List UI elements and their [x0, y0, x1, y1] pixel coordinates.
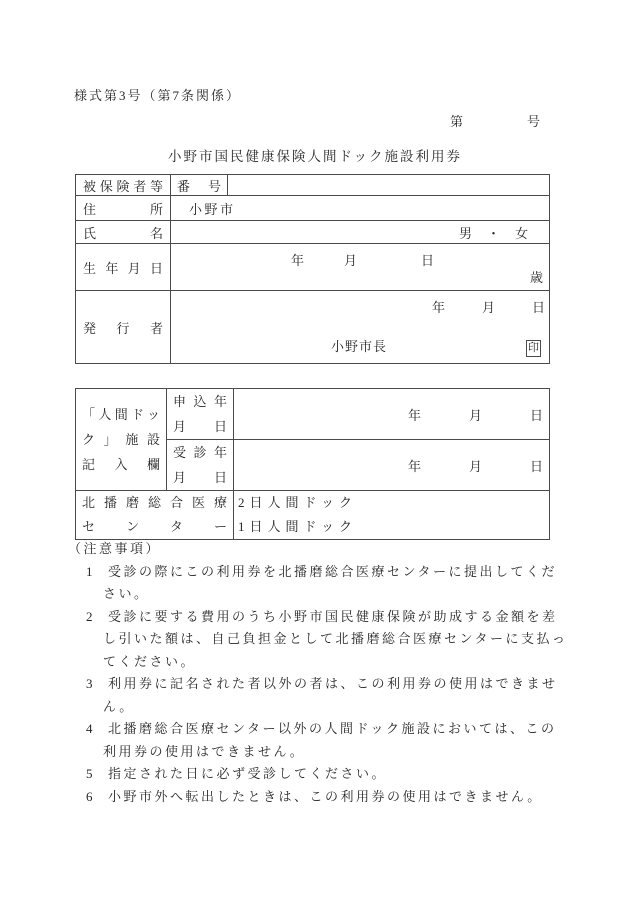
dock-table: 「人間ドッ ク」施設 記入欄 申込年 月日 年 月 日 受診年 月日 — [75, 388, 550, 540]
birthdate-label: 生年月日 — [76, 244, 171, 291]
page-title: 小野市国民健康保険人間ドック施設利用券 — [0, 145, 630, 165]
note-item-4: 4 北播磨総合医療センター以外の人間ドック施設においては、この 利用券の使用はで… — [68, 718, 568, 763]
exam-year-unit: 年 — [408, 456, 421, 475]
note-number: 5 — [86, 763, 93, 786]
note-line: てください。 — [103, 651, 568, 674]
issuer-label: 発行者 — [76, 291, 171, 364]
note-number: 3 — [86, 673, 93, 696]
issue-month-unit: 月 — [482, 297, 495, 316]
table-row: 発行者 年 月 日 小野市長 印 — [76, 291, 550, 364]
birth-month-unit: 月 — [344, 250, 357, 269]
insured-table: 被保険者等 番号 住所 小野市 氏名 男 ・ 女 生年月日 年 月 日 歳 発行… — [75, 174, 550, 364]
address-value: 小野市 — [171, 196, 550, 221]
note-line: ん。 — [103, 696, 568, 719]
facility-entry-label: 「人間ドッ ク」施設 記入欄 — [76, 389, 167, 491]
apply-date-units: 年 月 日 — [234, 405, 549, 424]
doc-number-prefix: 第 — [450, 111, 463, 130]
note-number: 4 — [86, 718, 93, 741]
note-line: 利用券の使用はできません。 — [103, 741, 568, 764]
seal-mark: 印 — [526, 340, 541, 357]
address-label: 住所 — [76, 196, 171, 221]
name-label: 氏名 — [76, 221, 171, 244]
birth-year-unit: 年 — [291, 250, 304, 269]
note-line: 受診に要する費用のうち小野市国民健康保険が助成する金額を差 — [108, 606, 568, 629]
table-row: 被保険者等 番号 — [76, 175, 550, 196]
issue-year-unit: 年 — [432, 297, 445, 316]
note-line: し引いた額は、自己負担金として北播磨総合医療センターに支払っ — [103, 628, 568, 651]
apply-month-unit: 月 — [469, 405, 482, 424]
document-page: 様式第3号（第7条関係） 第 号 小野市国民健康保険人間ドック施設利用券 被保険… — [0, 0, 630, 903]
exam-date-value-cell: 年 月 日 — [234, 440, 550, 491]
birthdate-value-cell: 年 月 日 歳 — [171, 244, 550, 291]
insured-number-label: 番号 — [171, 175, 228, 196]
insured-person-label: 被保険者等 — [76, 175, 171, 196]
note-item-2: 2 受診に要する費用のうち小野市国民健康保険が助成する金額を差 し引いた額は、自… — [68, 606, 568, 674]
exam-date-units: 年 月 日 — [234, 456, 549, 475]
note-line: 受診の際にこの利用券を北播磨総合医療センターに提出してくだ — [108, 561, 568, 584]
table-row: 生年月日 年 月 日 歳 — [76, 244, 550, 291]
note-line: 利用券に記名された者以外の者は、この利用券の使用はできませ — [108, 673, 568, 696]
course-1day: 1日人間ドック — [238, 515, 549, 539]
notes-heading: （注意事項） — [68, 538, 568, 561]
note-item-5: 5 指定された日に必ず受診してください。 — [68, 763, 568, 786]
table-row: 「人間ドッ ク」施設 記入欄 申込年 月日 年 月 日 — [76, 389, 550, 440]
exam-date-label: 受診年 月日 — [167, 440, 234, 491]
note-number: 1 — [86, 561, 93, 584]
issuer-value-cell: 年 月 日 小野市長 印 — [171, 291, 550, 364]
note-number: 2 — [86, 606, 93, 629]
note-item-6: 6 小野市外へ転出したときは、この利用券の使用はできません。 — [68, 786, 568, 809]
hospital-name: 北播磨総合医療 センター — [76, 491, 234, 540]
age-unit: 歳 — [530, 267, 543, 286]
gender-options: 男 ・ 女 — [171, 221, 550, 244]
course-2day: 2日人間ドック — [238, 491, 549, 515]
note-item-3: 3 利用券に記名された者以外の者は、この利用券の使用はできませ ん。 — [68, 673, 568, 718]
note-line: さい。 — [103, 583, 568, 606]
table-row: 氏名 男 ・ 女 — [76, 221, 550, 244]
note-line: 北播磨総合医療センター以外の人間ドック施設においては、この — [108, 718, 568, 741]
apply-date-value-cell: 年 月 日 — [234, 389, 550, 440]
exam-month-unit: 月 — [469, 456, 482, 475]
doc-number-suffix: 号 — [527, 111, 540, 130]
apply-date-label: 申込年 月日 — [167, 389, 234, 440]
table-row: 住所 小野市 — [76, 196, 550, 221]
note-item-1: 1 受診の際にこの利用券を北播磨総合医療センターに提出してくだ さい。 — [68, 561, 568, 606]
issue-date-units: 年 月 日 — [432, 297, 545, 316]
apply-year-unit: 年 — [408, 405, 421, 424]
issuer-name: 小野市長 — [331, 336, 387, 355]
notes-section: （注意事項） 1 受診の際にこの利用券を北播磨総合医療センターに提出してくだ さ… — [68, 538, 568, 808]
table-row: 北播磨総合医療 センター 2日人間ドック 1日人間ドック — [76, 491, 550, 540]
birth-day-unit: 日 — [421, 250, 434, 269]
issue-day-unit: 日 — [532, 297, 545, 316]
insured-number-value-cell — [228, 175, 550, 196]
form-number-label: 様式第3号（第7条関係） — [74, 85, 241, 104]
note-number: 6 — [86, 786, 93, 809]
note-line: 小野市外へ転出したときは、この利用券の使用はできません。 — [108, 786, 568, 809]
note-line: 指定された日に必ず受診してください。 — [108, 763, 568, 786]
course-options: 2日人間ドック 1日人間ドック — [234, 491, 550, 540]
apply-day-unit: 日 — [530, 405, 543, 424]
exam-day-unit: 日 — [530, 456, 543, 475]
